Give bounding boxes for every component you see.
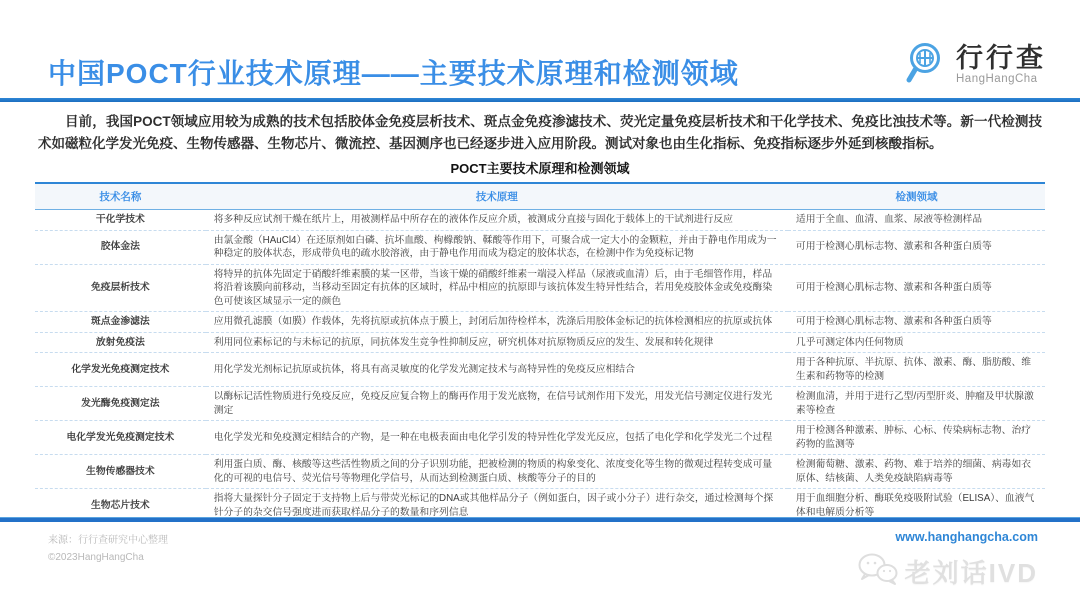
principle-cell: 电化学发光和免疫测定相结合的产物，是一种在电极表面由电化学引发的特异性化学发光反…	[206, 421, 788, 455]
intro-paragraph: 目前，我国POCT领域应用较为成熟的技术包括胶体金免疫层析技术、斑点金免疫渗滤技…	[38, 111, 1042, 154]
tech-name-cell: 干化学技术	[35, 210, 206, 231]
principle-cell: 由氯金酸（HAuCl4）在还原剂如白磷、抗坏血酸、枸橼酸钠、鞣酸等作用下，可聚合…	[206, 230, 788, 264]
magnifier-logo-icon	[904, 39, 950, 92]
principle-cell: 将特异的抗体先固定于硝酸纤维素膜的某一区带，当该干燥的硝酸纤维素一端浸入样品（尿…	[206, 264, 788, 312]
poct-table: 技术名称 技术原理 检测领域 干化学技术将多种反应试剂干燥在纸片上，用被测样品中…	[35, 182, 1045, 559]
tech-name-cell: 化学发光免疫测定技术	[35, 353, 206, 387]
header-divider	[0, 98, 1080, 102]
detection-cell: 可用于检测心肌标志物、激素和各种蛋白质等	[788, 264, 1045, 312]
table-body: 干化学技术将多种反应试剂干燥在纸片上，用被测样品中所存在的液体作反应介质，被测成…	[35, 210, 1045, 558]
column-header-principle: 技术原理	[206, 183, 788, 210]
logo-en-text: HangHangCha	[956, 74, 1046, 86]
principle-cell: 应用微孔滤膜（如膜）作载体，先将抗原或抗体点于膜上，封闭后加待检样本，洗涤后用胶…	[206, 312, 788, 333]
detection-cell: 适用于全血、血清、血浆、尿液等检测样品	[788, 210, 1045, 231]
slide-page: 中国POCT行业技术原理——主要技术原理和检测领域 行行查 HangHangCh…	[0, 0, 1080, 608]
table-row: 电化学发光免疫测定技术电化学发光和免疫测定相结合的产物，是一种在电极表面由电化学…	[35, 421, 1045, 455]
table-row: 发光酶免疫测定法以酶标记活性物质进行免疫反应，免疫反应复合物上的酶再作用于发光底…	[35, 387, 1045, 421]
detection-cell: 可用于检测心肌标志物、激素和各种蛋白质等	[788, 312, 1045, 333]
table-row: 生物传感器技术利用蛋白质、酶、核酸等这些活性物质之间的分子识别功能，把被检测的物…	[35, 455, 1045, 489]
principle-cell: 利用同位素标记的与未标记的抗原，同抗体发生竞争性抑制反应，研究机体对抗原物质反应…	[206, 332, 788, 353]
tech-name-cell: 胶体金法	[35, 230, 206, 264]
table-row: 化学发光免疫测定技术用化学发光剂标记抗原或抗体，将具有高灵敏度的化学发光测定技术…	[35, 353, 1045, 387]
tech-name-cell: 生物传感器技术	[35, 455, 206, 489]
principle-cell: 利用蛋白质、酶、核酸等这些活性物质之间的分子识别功能，把被检测的物质的构象变化、…	[206, 455, 788, 489]
watermark-text: 老刘话IVD	[905, 553, 1038, 590]
table-row: 放射免疫法利用同位素标记的与未标记的抗原，同抗体发生竞争性抑制反应，研究机体对抗…	[35, 332, 1045, 353]
principle-cell: 以酶标记活性物质进行免疫反应，免疫反应复合物上的酶再作用于发光底物，在信号试剂作…	[206, 387, 788, 421]
tech-name-cell: 发光酶免疫测定法	[35, 387, 206, 421]
detection-cell: 用于各种抗原、半抗原、抗体、激素、酶、脂肪酸、维生素和药物等的检测	[788, 353, 1045, 387]
table-row: 干化学技术将多种反应试剂干燥在纸片上，用被测样品中所存在的液体作反应介质，被测成…	[35, 210, 1045, 231]
column-header-detection: 检测领域	[788, 183, 1045, 210]
detection-cell: 几乎可测定体内任何物质	[788, 332, 1045, 353]
tech-name-cell: 电化学发光免疫测定技术	[35, 421, 206, 455]
wechat-bubbles-icon	[857, 552, 899, 591]
footer-right: www.hanghangcha.com 老刘话IVD	[857, 530, 1038, 591]
website-link[interactable]: www.hanghangcha.com	[857, 530, 1038, 544]
footer-copyright: ©2023HangHangCha	[48, 549, 168, 566]
tech-name-cell: 放射免疫法	[35, 332, 206, 353]
table-header: 技术名称 技术原理 检测领域	[35, 183, 1045, 210]
table-row: 斑点金渗滤法应用微孔滤膜（如膜）作载体，先将抗原或抗体点于膜上，封闭后加待检样本…	[35, 312, 1045, 333]
column-header-tech-name: 技术名称	[35, 183, 206, 210]
watermark: 老刘话IVD	[857, 552, 1038, 591]
footer: 来源：行行查研究中心整理 ©2023HangHangCha www.hangha…	[0, 518, 1080, 608]
detection-cell: 检测血清，并用于进行乙型/丙型肝炎、肿瘤及甲状腺激素等检查	[788, 387, 1045, 421]
page-header: 中国POCT行业技术原理——主要技术原理和检测领域 行行查 HangHangCh…	[0, 0, 1080, 98]
detection-cell: 用于检测各种激素、肿标、心标、传染病标志物、治疗药物的监测等	[788, 421, 1045, 455]
table-row: 免疫层析技术将特异的抗体先固定于硝酸纤维素膜的某一区带，当该干燥的硝酸纤维素一端…	[35, 264, 1045, 312]
logo-cn-text: 行行查	[956, 45, 1046, 72]
detection-cell: 检测葡萄糖、激素、药物、难于培养的细菌、病毒如衣原体、结核菌、人类免疫缺陷病毒等	[788, 455, 1045, 489]
detection-cell: 可用于检测心肌标志物、激素和各种蛋白质等	[788, 230, 1045, 264]
hanghangcha-logo: 行行查 HangHangCha	[904, 39, 1046, 92]
principle-cell: 将多种反应试剂干燥在纸片上，用被测样品中所存在的液体作反应介质，被测成分直接与固…	[206, 210, 788, 231]
page-title: 中国POCT行业技术原理——主要技术原理和检测领域	[48, 52, 739, 92]
table-title: POCT主要技术原理和检测领域	[0, 158, 1080, 177]
logo-text: 行行查 HangHangCha	[956, 45, 1046, 86]
table-row: 胶体金法由氯金酸（HAuCl4）在还原剂如白磷、抗坏血酸、枸橼酸钠、鞣酸等作用下…	[35, 230, 1045, 264]
principle-cell: 用化学发光剂标记抗原或抗体，将具有高灵敏度的化学发光测定技术与高特异性的免疫反应…	[206, 353, 788, 387]
tech-name-cell: 免疫层析技术	[35, 264, 206, 312]
tech-name-cell: 斑点金渗滤法	[35, 312, 206, 333]
footer-source-line1: 来源：行行查研究中心整理	[48, 532, 168, 549]
footer-source: 来源：行行查研究中心整理 ©2023HangHangCha	[48, 532, 168, 566]
